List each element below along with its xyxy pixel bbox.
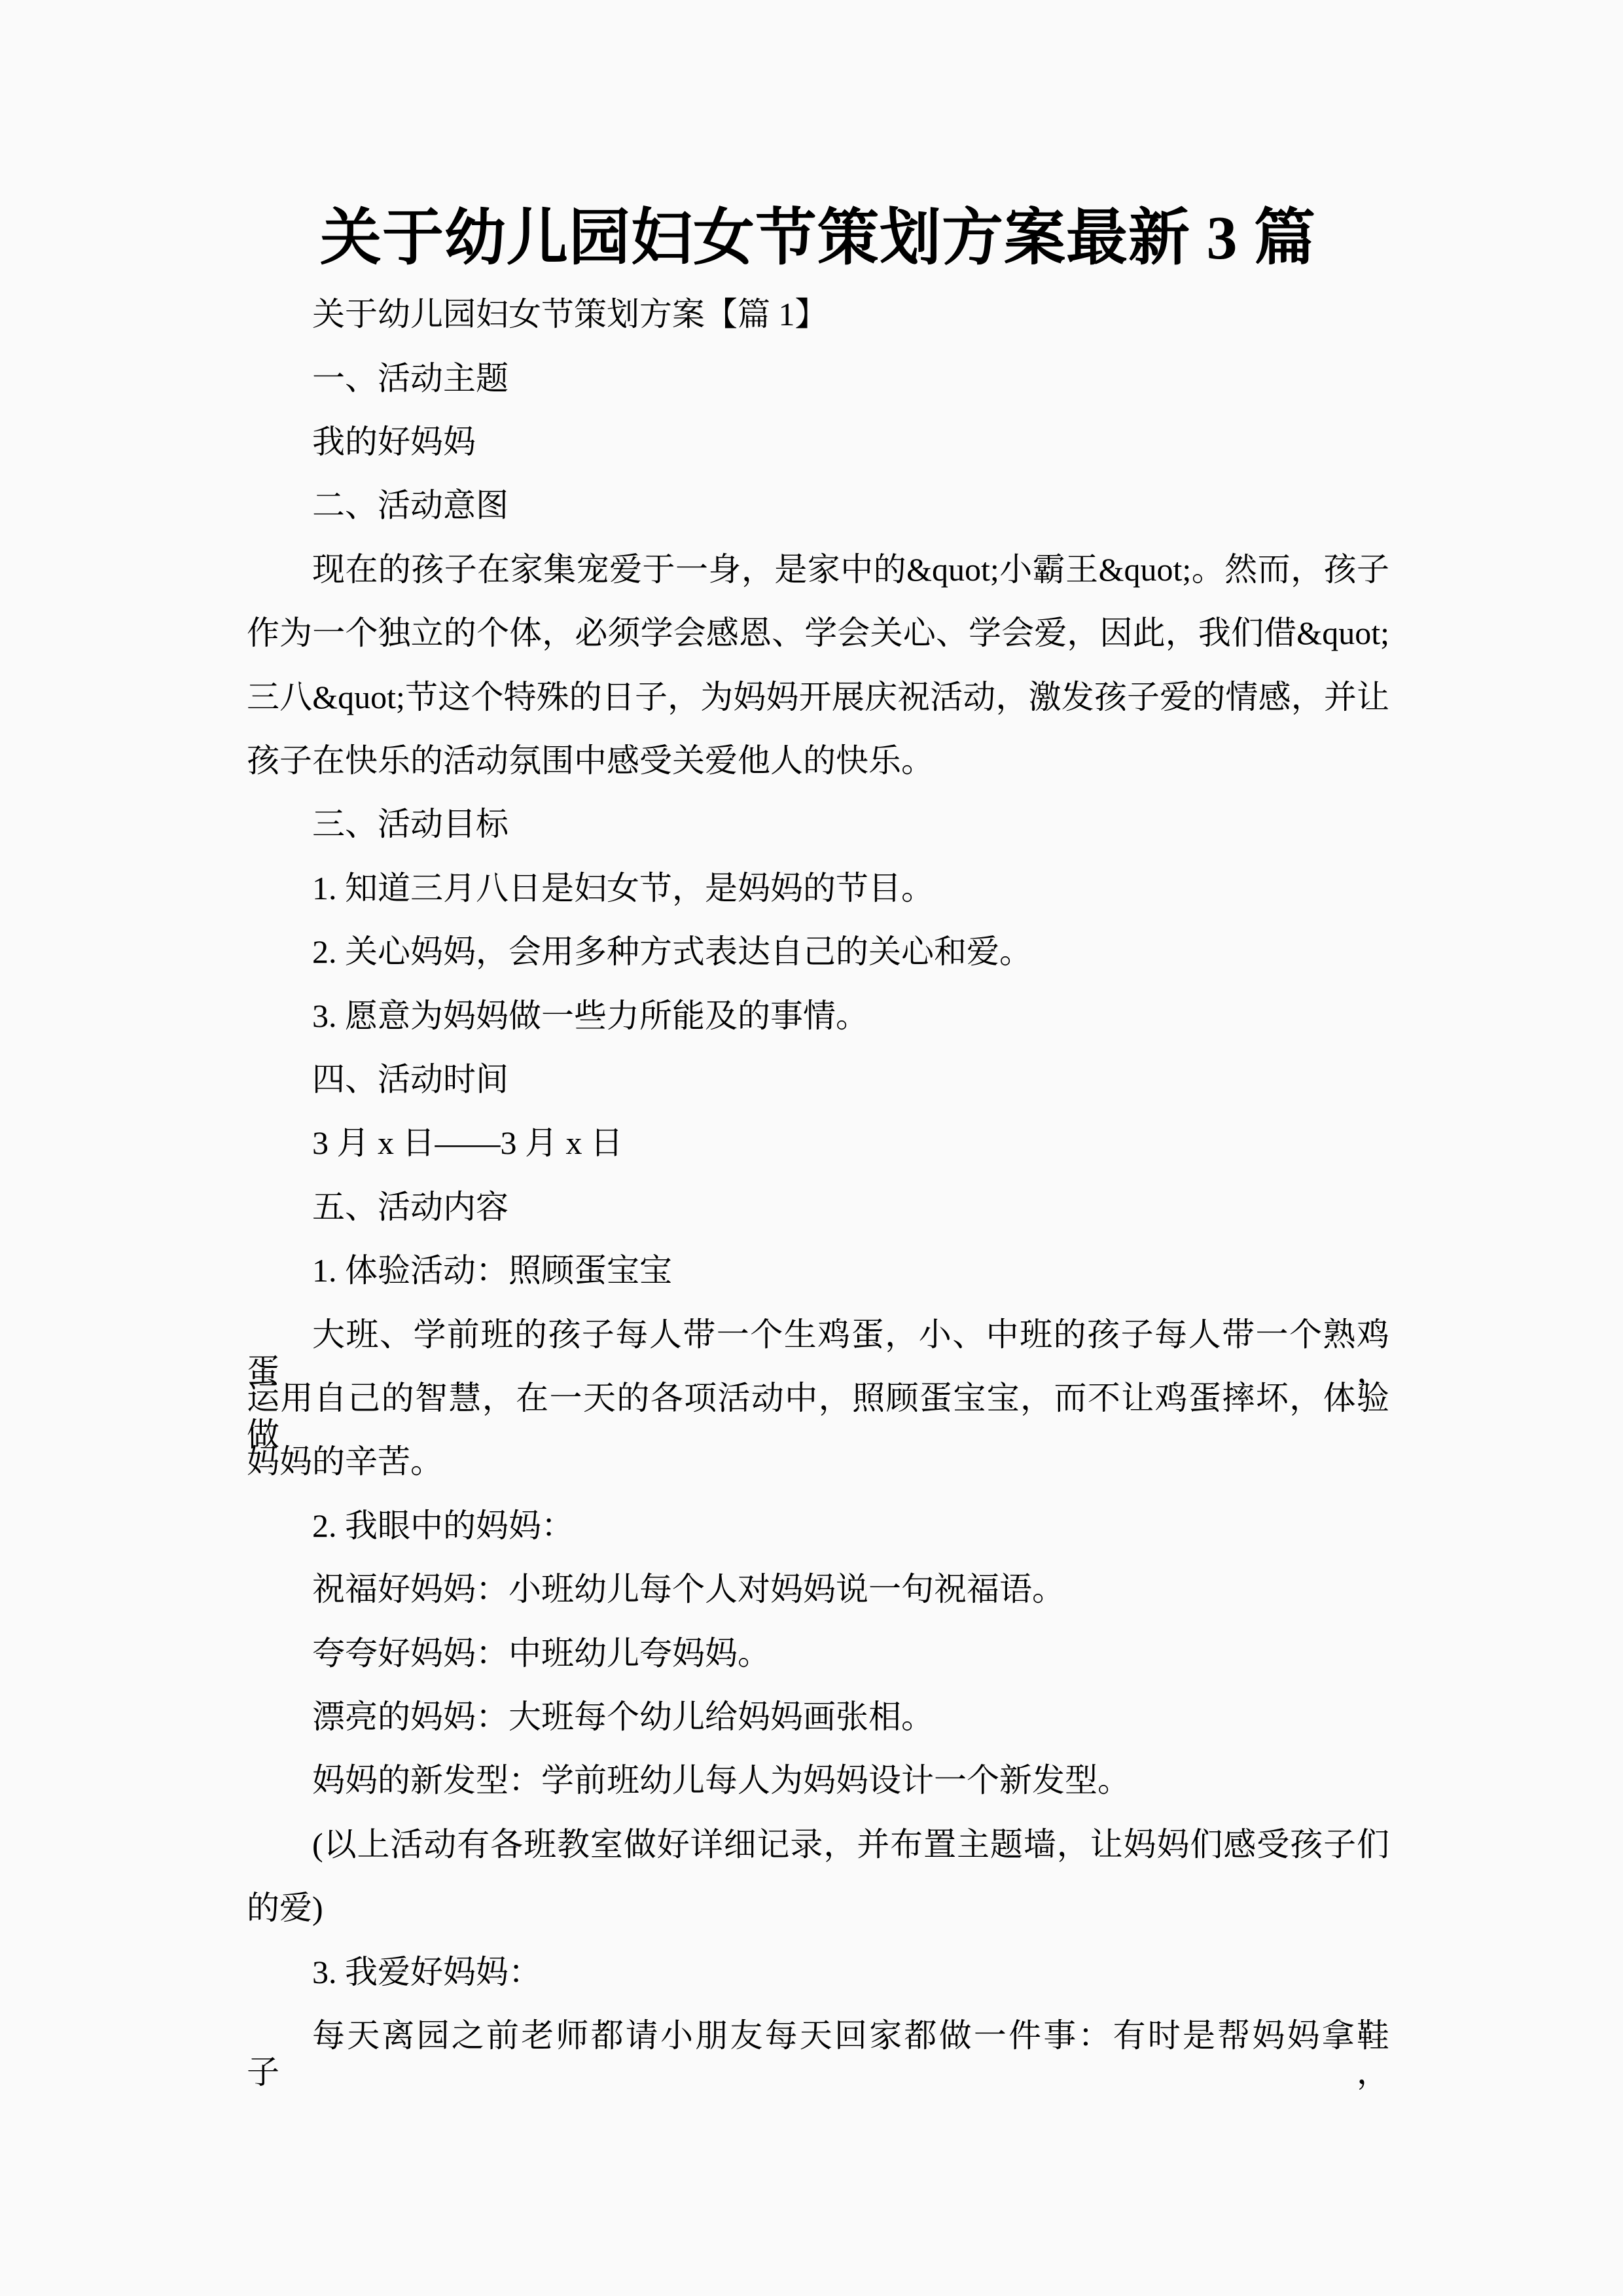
text-line: 3. 我爱好妈妈： — [247, 1954, 1389, 1990]
text-line: 3. 愿意为妈妈做一些力所能及的事情。 — [247, 997, 1389, 1034]
text-line: 大班、学前班的孩子每人带一个生鸡蛋，小、中班的孩子每人带一个熟鸡蛋， — [247, 1316, 1389, 1390]
text-line: 漂亮的妈妈：大班每个幼儿给妈妈画张相。 — [247, 1698, 1389, 1735]
text-line: 每天离园之前老师都请小朋友每天回家都做一件事：有时是帮妈妈拿鞋子， — [247, 2017, 1389, 2090]
document-title: 关于幼儿园妇女节策划方案最新 3 篇 — [247, 206, 1389, 271]
text-line: 作为一个独立的个体，必须学会感恩、学会关心、学会爱，因此，我们借&quot; — [247, 615, 1389, 651]
document-page: 关于幼儿园妇女节策划方案最新 3 篇 关于幼儿园妇女节策划方案【篇 1】 一、活… — [0, 0, 1623, 2296]
text-line: 祝福好妈妈：小班幼儿每个人对妈妈说一句祝福语。 — [247, 1571, 1389, 1607]
text-line: 1. 体验活动：照顾蛋宝宝 — [247, 1252, 1389, 1289]
text-line: 一、活动主题 — [247, 360, 1389, 397]
text-line: 五、活动内容 — [247, 1189, 1389, 1225]
text-line: (以上活动有各班教室做好详细记录，并布置主题墙，让妈妈们感受孩子们 — [247, 1826, 1389, 1863]
text-line: 2. 我眼中的妈妈： — [247, 1507, 1389, 1544]
text-line: 2. 关心妈妈，会用多种方式表达自己的关心和爱。 — [247, 933, 1389, 970]
text-line: 妈妈的辛苦。 — [247, 1443, 1389, 1480]
text-line: 三八&quot;节这个特殊的日子，为妈妈开展庆祝活动，激发孩子爱的情感，并让 — [247, 679, 1389, 715]
text-line: 孩子在快乐的活动氛围中感受关爱他人的快乐。 — [247, 742, 1389, 779]
text-line: 妈妈的新发型：学前班幼儿每人为妈妈设计一个新发型。 — [247, 1762, 1389, 1799]
text-line: 三、活动目标 — [247, 806, 1389, 842]
text-line: 四、活动时间 — [247, 1061, 1389, 1098]
text-line: 现在的孩子在家集宠爱于一身，是家中的&quot;小霸王&quot;。然而，孩子 — [247, 551, 1389, 588]
text-line: 二、活动意图 — [247, 487, 1389, 524]
text-line: 运用自己的智慧，在一天的各项活动中，照顾蛋宝宝，而不让鸡蛋摔坏，体验做 — [247, 1380, 1389, 1453]
text-line: 关于幼儿园妇女节策划方案【篇 1】 — [247, 296, 1389, 332]
text-line: 3 月 x 日——3 月 x 日 — [247, 1124, 1389, 1161]
text-line: 夸夸好妈妈：中班幼儿夸妈妈。 — [247, 1635, 1389, 1672]
text-line: 1. 知道三月八日是妇女节，是妈妈的节目。 — [247, 870, 1389, 906]
text-line: 的爱) — [247, 1890, 1389, 1926]
text-line: 我的好妈妈 — [247, 423, 1389, 460]
